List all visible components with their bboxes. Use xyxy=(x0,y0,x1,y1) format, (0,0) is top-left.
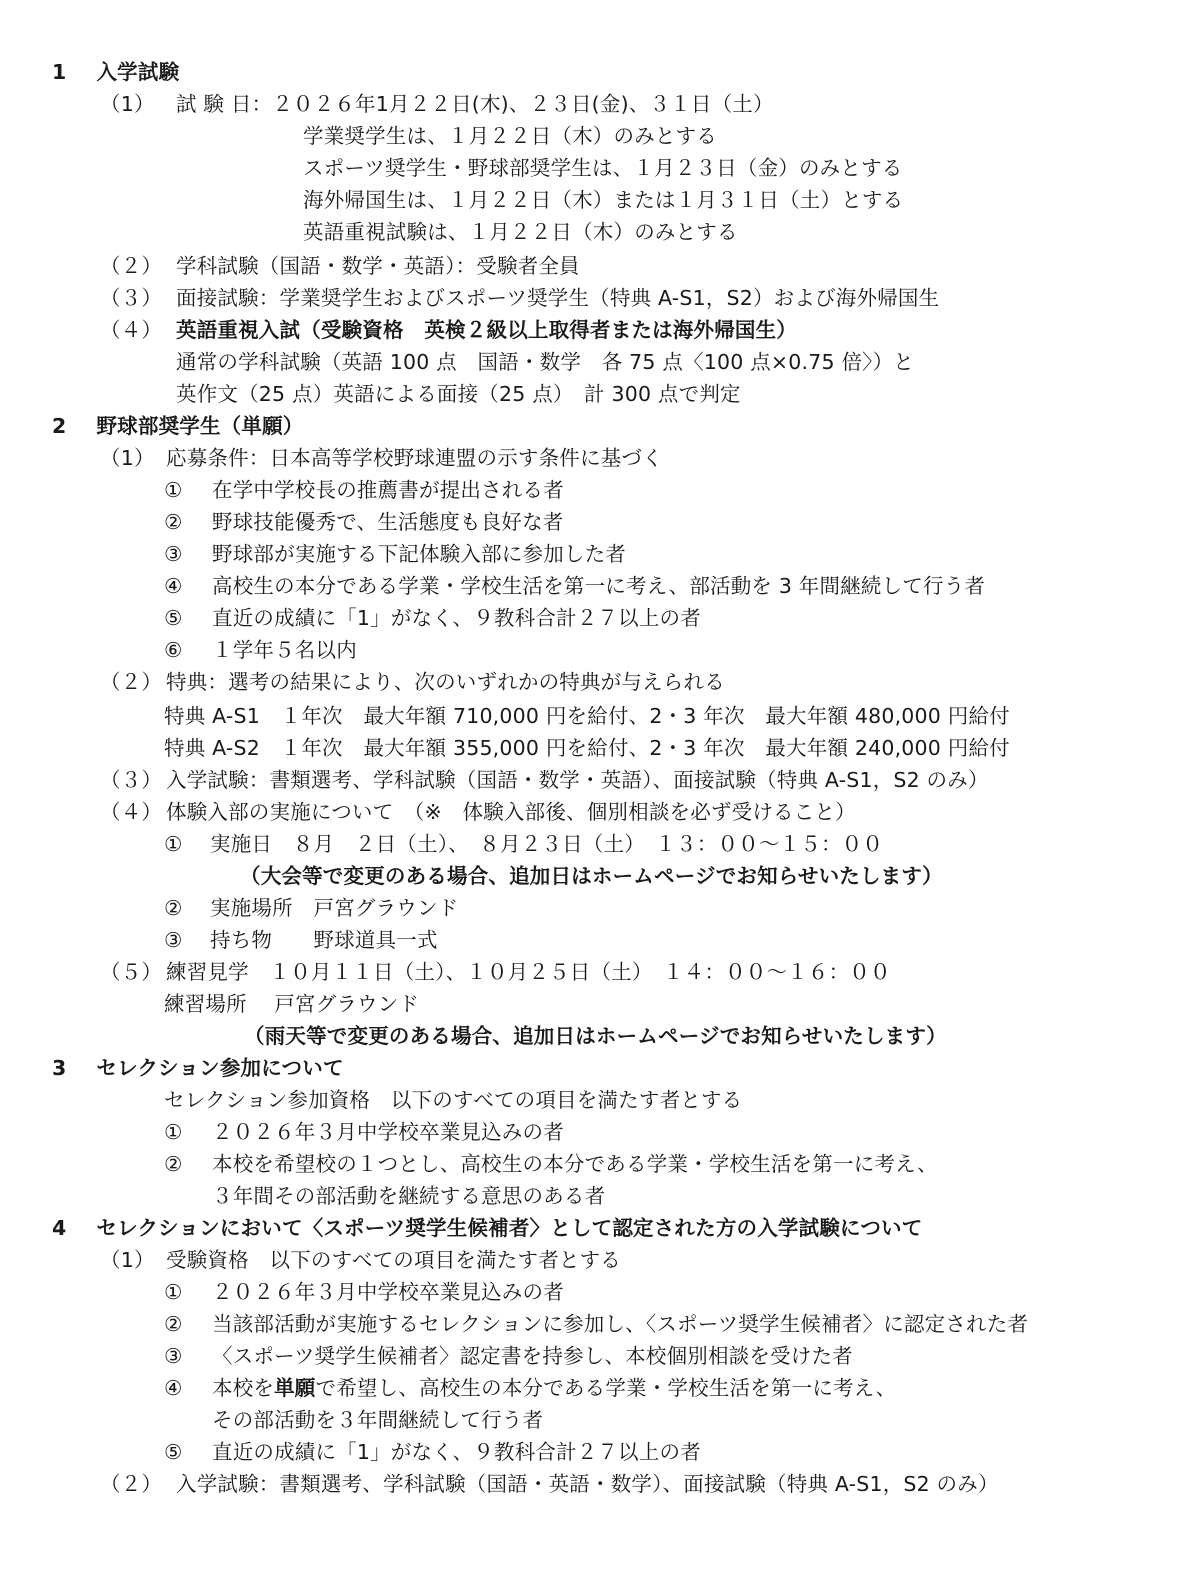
document-page: 1入学試験 （1） 試 験 日：２０２６年1月２２日(木)、２３日(金)、３１日… xyxy=(0,0,1200,1595)
section-3-heading: 3セレクション参加について xyxy=(52,1054,344,1082)
practice-place-line: 練習場所 戸宮グラウンド xyxy=(164,990,419,1018)
detail-marker: ③ xyxy=(164,926,183,954)
detail-marker: ① xyxy=(164,830,183,858)
condition-text-continued: その部活動を３年間継続して行う者 xyxy=(212,1406,543,1434)
english-exam-detail: 英作文（25 点）英語による面接（25 点） 計 300 点で判定 xyxy=(176,380,741,408)
condition-text: １学年５名以内 xyxy=(212,636,357,664)
item-label: （1） xyxy=(100,1246,155,1274)
trial-join-intro: 体験入部の実施について （※ 体験入部後、個別相談を必ず受けること） xyxy=(166,798,856,826)
trial-change-note: （大会等で変更のある場合、追加日はホームページでお知らせいたします） xyxy=(240,862,943,890)
section-title: 野球部奨学生（単願） xyxy=(96,414,303,438)
subject-exam-line: 学科試験（国語・数学・英語）：受験者全員 xyxy=(176,252,580,280)
single-application-emphasis: 単願 xyxy=(274,1376,315,1400)
condition-text: 野球部が実施する下記体験入部に参加した者 xyxy=(212,540,626,568)
condition-marker: ④ xyxy=(164,1374,183,1402)
condition-marker: ① xyxy=(164,1118,183,1146)
item-label: （５） xyxy=(100,958,162,986)
interview-exam-line: 面接試験：学業奨学生およびスポーツ奨学生（特典 A-S1，S2）および海外帰国生 xyxy=(176,284,939,312)
section-1-heading: 1入学試験 xyxy=(52,58,179,86)
condition-text: 〈スポーツ奨学生候補者〉認定書を持参し、本校個別相談を受けた者 xyxy=(212,1342,853,1370)
condition-text: 本校を希望校の１つとし、高校生の本分である学業・学校生活を第一に考え、 xyxy=(212,1150,938,1178)
benefit-line: 特典 A-S2 １年次 最大年額 355,000 円を給付、2・3 年次 最大年… xyxy=(164,734,1010,762)
condition-marker: ③ xyxy=(164,1342,183,1370)
exam-date-line: 試 験 日：２０２６年1月２２日(木)、２３日(金)、３１日（土） xyxy=(176,90,774,118)
condition-marker: ① xyxy=(164,1278,183,1306)
condition-marker: ⑤ xyxy=(164,1438,183,1466)
practice-visit-line: 練習見学 １０月１１日（土）、１０月２５日（土） １４：００～１６：００ xyxy=(166,958,891,986)
benefit-line: 特典 A-S1 １年次 最大年額 710,000 円を給付、2・3 年次 最大年… xyxy=(164,702,1010,730)
exam-date-note: 英語重視試験は、１月２２日（木）のみとする xyxy=(303,218,738,246)
condition-marker: ④ xyxy=(164,572,183,600)
item-label: （２） xyxy=(100,668,162,696)
section-2-heading: 2野球部奨学生（単願） xyxy=(52,412,303,440)
item-label: （３） xyxy=(100,766,162,794)
trial-date-line: 実施日 ８月 ２日（土）、 ８月２３日（土） １３：００～１５：００ xyxy=(210,830,883,858)
condition-marker: ② xyxy=(164,1310,183,1338)
item-label: （２） xyxy=(100,252,162,280)
condition-marker: ① xyxy=(164,476,183,504)
condition-marker: ③ xyxy=(164,540,183,568)
item-label: （４） xyxy=(100,798,162,826)
item-label: （４） xyxy=(100,316,162,344)
condition-text: 直近の成績に「1」がなく、９教科合計２７以上の者 xyxy=(212,604,701,632)
section-title: セレクション参加について xyxy=(96,1056,343,1080)
condition-marker: ② xyxy=(164,508,183,536)
condition-text: ２０２６年３月中学校卒業見込みの者 xyxy=(212,1278,564,1306)
exam-date-note: 海外帰国生は、１月２２日（木）または１月３１日（土）とする xyxy=(303,186,903,214)
condition-text: ２０２６年３月中学校卒業見込みの者 xyxy=(212,1118,564,1146)
condition-text: 野球技能優秀で、生活態度も良好な者 xyxy=(212,508,564,536)
section-number: 1 xyxy=(52,60,66,84)
trial-place-line: 実施場所 戸宮グラウンド xyxy=(210,894,458,922)
eligibility-intro: 受験資格 以下のすべての項目を満たす者とする xyxy=(166,1246,621,1274)
item-label: （1） xyxy=(100,444,155,472)
section-number: 3 xyxy=(52,1056,66,1080)
condition-marker: ② xyxy=(164,1150,183,1178)
condition-text: 本校を単願で希望し、高校生の本分である学業・学校生活を第一に考え、 xyxy=(212,1374,896,1402)
application-conditions: 応募条件：日本高等学校野球連盟の示す条件に基づく xyxy=(166,444,663,472)
section-number: 2 xyxy=(52,414,66,438)
condition-text: 当該部活動が実施するセレクションに参加し、〈スポーツ奨学生候補者〉に認定された者 xyxy=(212,1310,1028,1338)
item-label: （３） xyxy=(100,284,162,312)
condition-text-continued: ３年間その部活動を継続する意思のある者 xyxy=(212,1182,605,1210)
benefits-intro: 特典：選考の結果により、次のいずれかの特典が与えられる xyxy=(166,668,725,696)
entrance-exam-line: 入学試験：書類選考、学科試験（国語・数学・英語）、面接試験（特典 A-S1，S2… xyxy=(166,766,989,794)
entrance-exam-line: 入学試験：書類選考、学科試験（国語・英語・数学）、面接試験（特典 A-S1，S2… xyxy=(176,1470,999,1498)
condition-text-part: 本校を xyxy=(212,1376,274,1400)
section-4-heading: 4セレクションにおいて〈スポーツ奨学生候補者〉として認定された方の入学試験につい… xyxy=(52,1214,922,1242)
condition-marker: ⑤ xyxy=(164,604,183,632)
item-label: （1） xyxy=(100,90,155,118)
condition-marker: ⑥ xyxy=(164,636,183,664)
condition-text: 高校生の本分である学業・学校生活を第一に考え、部活動を 3 年間継続して行う者 xyxy=(212,572,985,600)
section-title: セレクションにおいて〈スポーツ奨学生候補者〉として認定された方の入学試験について xyxy=(96,1216,922,1240)
condition-text-part: で希望し、高校生の本分である学業・学校生活を第一に考え、 xyxy=(316,1376,897,1400)
section-title: 入学試験 xyxy=(96,60,179,84)
selection-intro: セレクション参加資格 以下のすべての項目を満たす者とする xyxy=(164,1086,742,1114)
english-exam-detail: 通常の学科試験（英語 100 点 国語・数学 各 75 点〈100 点×0.75… xyxy=(176,348,914,376)
detail-marker: ② xyxy=(164,894,183,922)
item-label: （２） xyxy=(100,1470,162,1498)
section-number: 4 xyxy=(52,1216,66,1240)
exam-date-note: 学業奨学生は、１月２２日（木）のみとする xyxy=(303,122,717,150)
practice-change-note: （雨天等で変更のある場合、追加日はホームページでお知らせいたします） xyxy=(244,1022,947,1050)
exam-date-note: スポーツ奨学生・野球部奨学生は、１月２３日（金）のみとする xyxy=(303,154,902,182)
condition-text: 在学中学校長の推薦書が提出される者 xyxy=(212,476,564,504)
trial-items-line: 持ち物 野球道具一式 xyxy=(210,926,438,954)
english-exam-title: 英語重視入試（受験資格 英検２級以上取得者または海外帰国生） xyxy=(176,316,797,344)
condition-text: 直近の成績に「1」がなく、９教科合計２７以上の者 xyxy=(212,1438,701,1466)
